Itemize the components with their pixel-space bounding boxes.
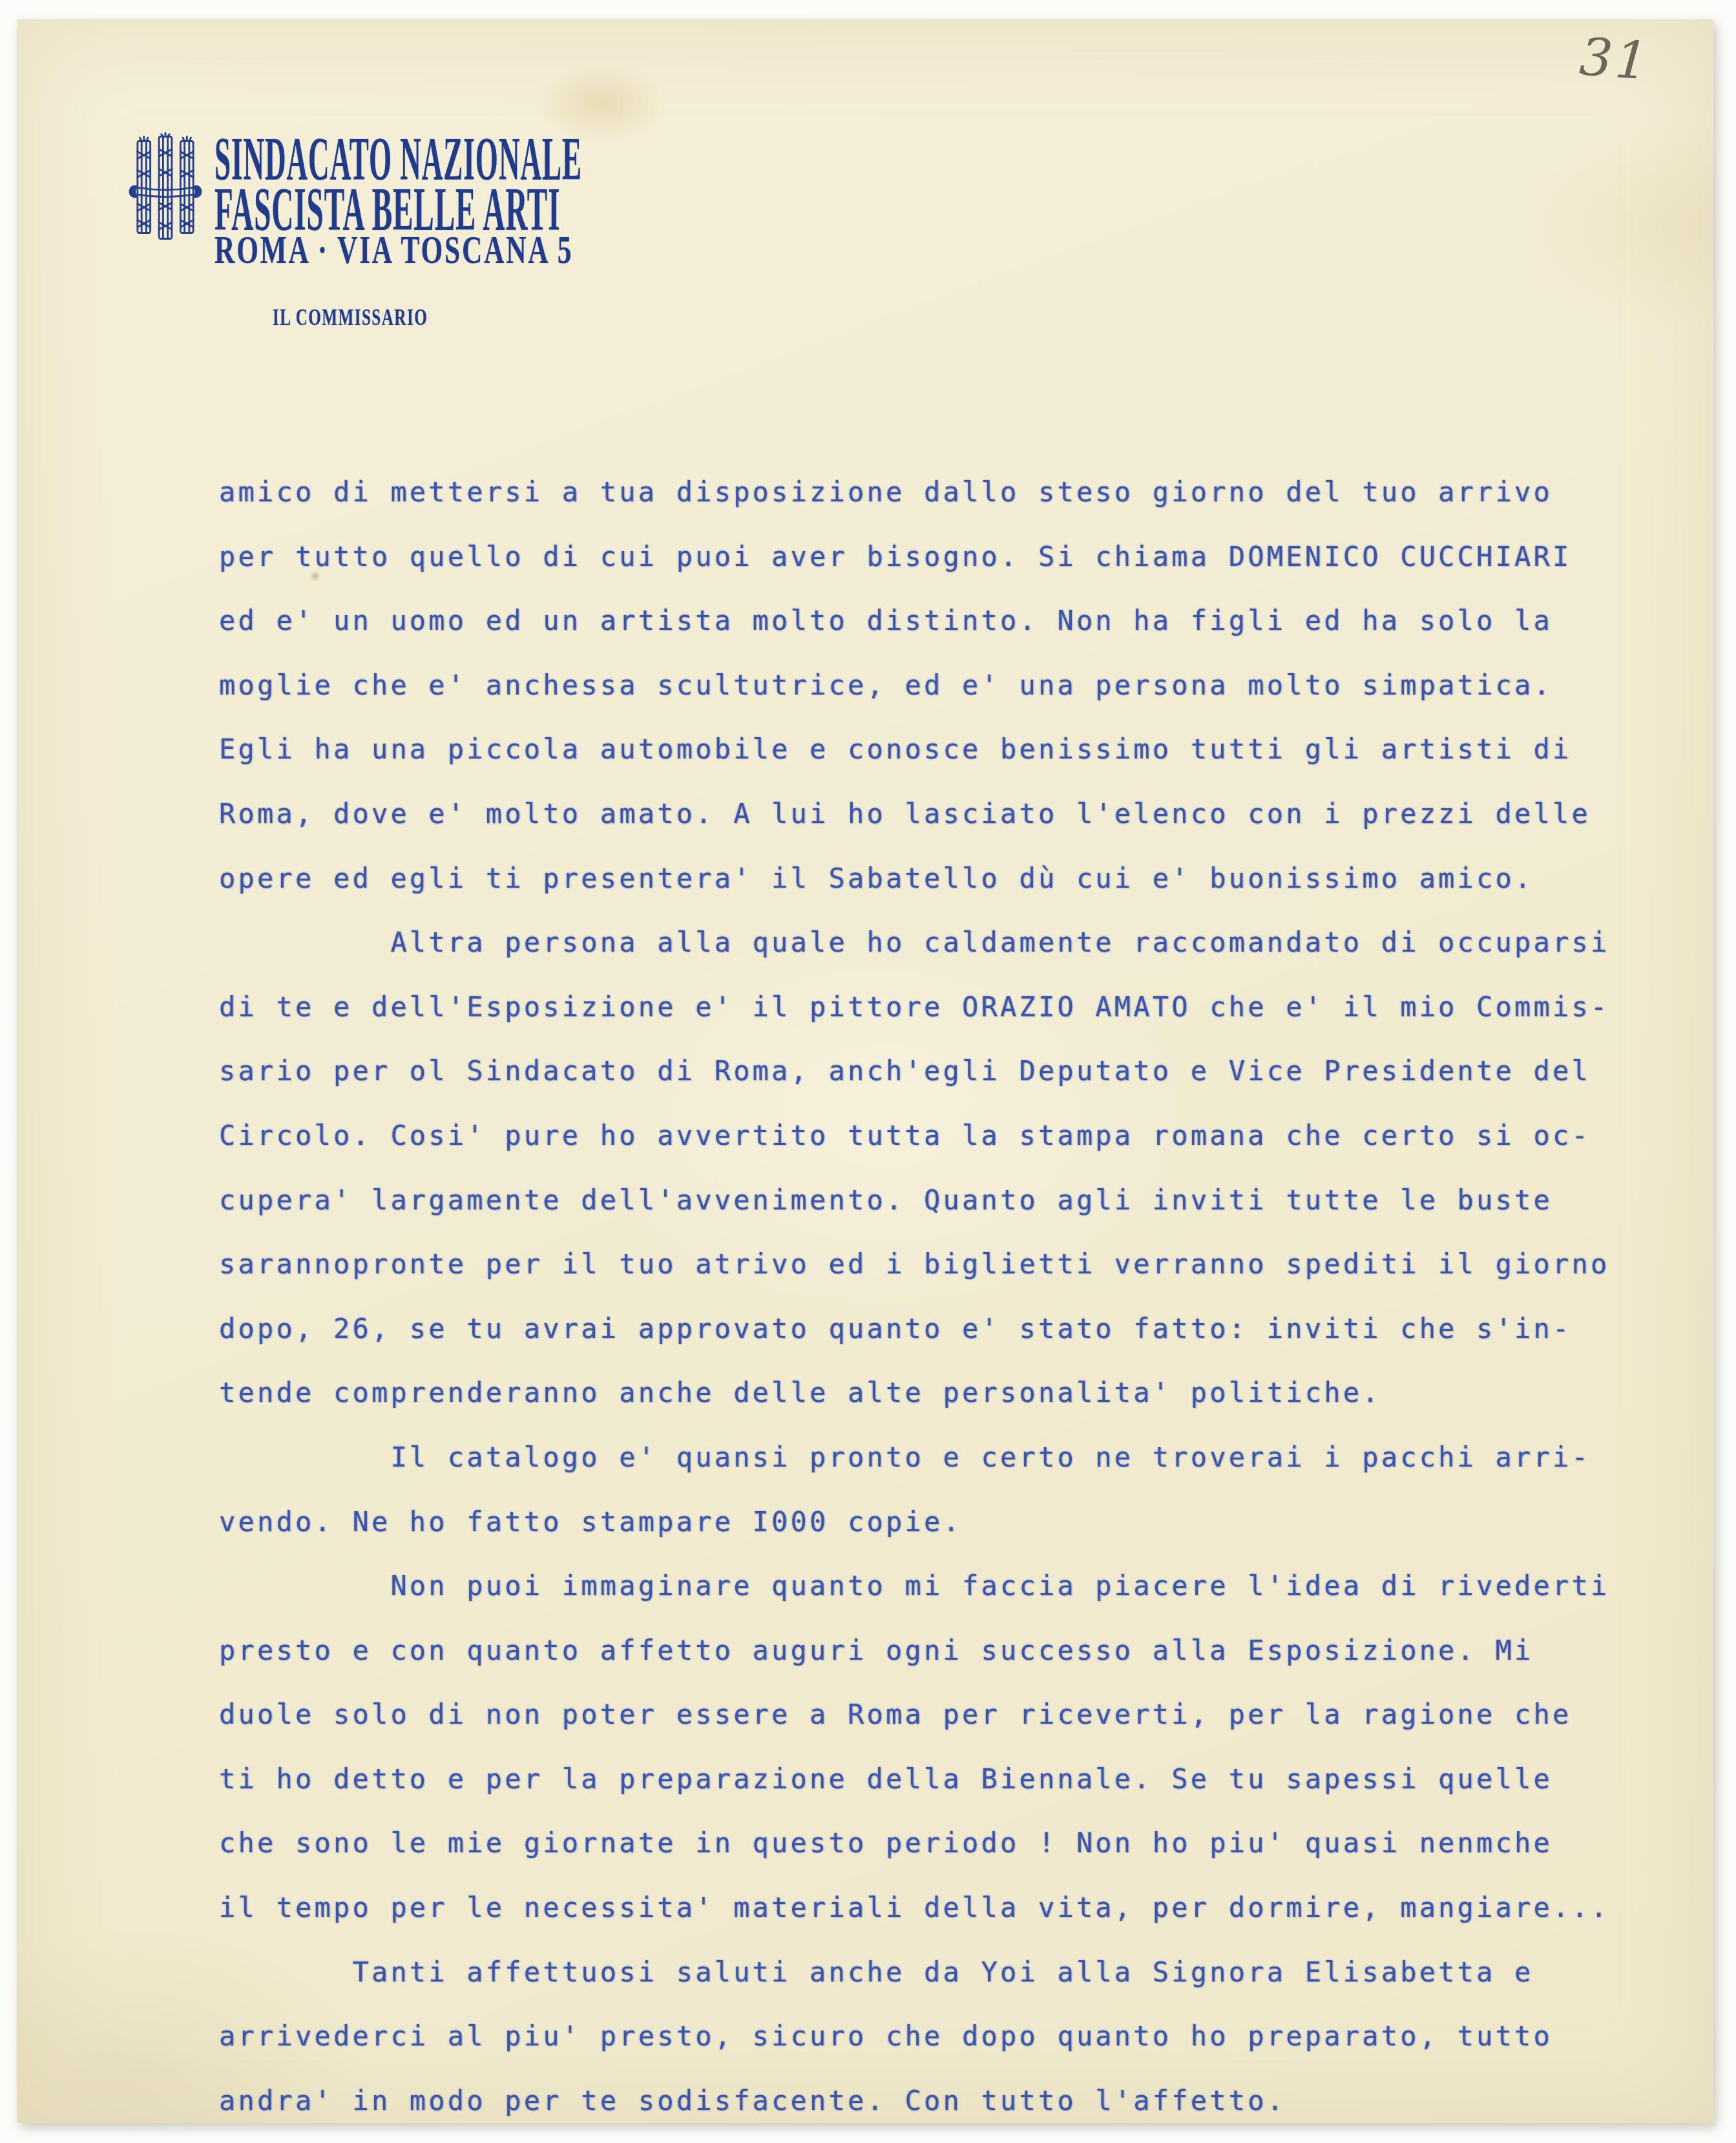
fasces-icon bbox=[125, 128, 205, 252]
sender-role: IL COMMISSARIO bbox=[273, 304, 428, 331]
org-address: ROMA · VIA TOSCANA 5 bbox=[214, 227, 573, 273]
page-number-annotation: 31 bbox=[1578, 26, 1653, 91]
scanned-letter: 31 bbox=[0, 0, 1736, 2143]
letter-page: 31 bbox=[17, 19, 1713, 2123]
letter-body: amico di mettersi a tua disposizione dal… bbox=[219, 460, 1610, 2133]
